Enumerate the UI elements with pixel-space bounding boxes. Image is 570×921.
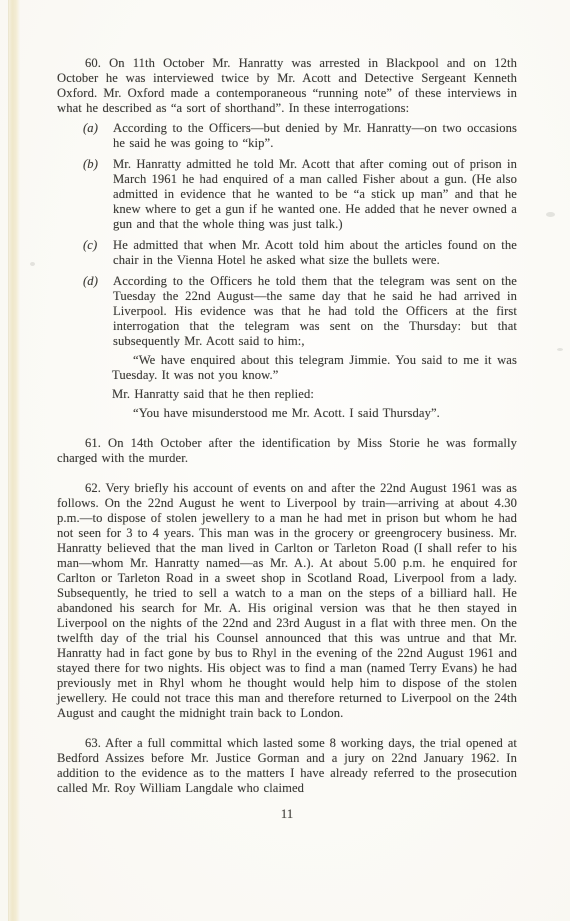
list-item-d-text: According to the Officers he told them t… [113, 274, 517, 348]
paragraph-61: 61. On 14th October after the identifica… [57, 436, 517, 466]
list-item-b: (b) Mr. Hanratty admitted he told Mr. Ac… [57, 157, 517, 232]
page-binding-edge [8, 0, 20, 921]
scan-artifact [557, 348, 563, 351]
paragraph-62: 62. Very briefly his account of events o… [57, 481, 517, 721]
paragraph-60: 60. On 11th October Mr. Hanratty was arr… [57, 56, 517, 116]
list-item-b-text: Mr. Hanratty admitted he told Mr. Acott … [113, 157, 517, 231]
list-item-b-label: (b) [83, 157, 98, 172]
list-item-a-text: According to the Officers—but denied by … [113, 121, 517, 150]
reply-intro: Mr. Hanratty said that he then replied: [57, 387, 517, 402]
list-item-c-label: (c) [83, 238, 97, 253]
list-item-c-text: He admitted that when Mr. Acott told him… [113, 238, 517, 267]
quoted-speech-acott: “We have enquired about this telegram Ji… [57, 353, 517, 383]
list-item-d: (d) According to the Officers he told th… [57, 274, 517, 349]
scan-artifact [546, 212, 555, 217]
scan-artifact [30, 262, 35, 266]
quoted-speech-hanratty: “You have misunderstood me Mr. Acott. I … [57, 406, 517, 421]
list-item-c: (c) He admitted that when Mr. Acott told… [57, 238, 517, 268]
list-item-d-label: (d) [83, 274, 98, 289]
list-item-a-label: (a) [83, 121, 98, 136]
scanned-report-page: 60. On 11th October Mr. Hanratty was arr… [0, 0, 570, 921]
page-body-text: 60. On 11th October Mr. Hanratty was arr… [57, 56, 517, 811]
list-item-a: (a) According to the Officers—but denied… [57, 121, 517, 151]
page-number: 11 [57, 806, 517, 822]
paragraph-63: 63. After a full committal which lasted … [57, 736, 517, 796]
